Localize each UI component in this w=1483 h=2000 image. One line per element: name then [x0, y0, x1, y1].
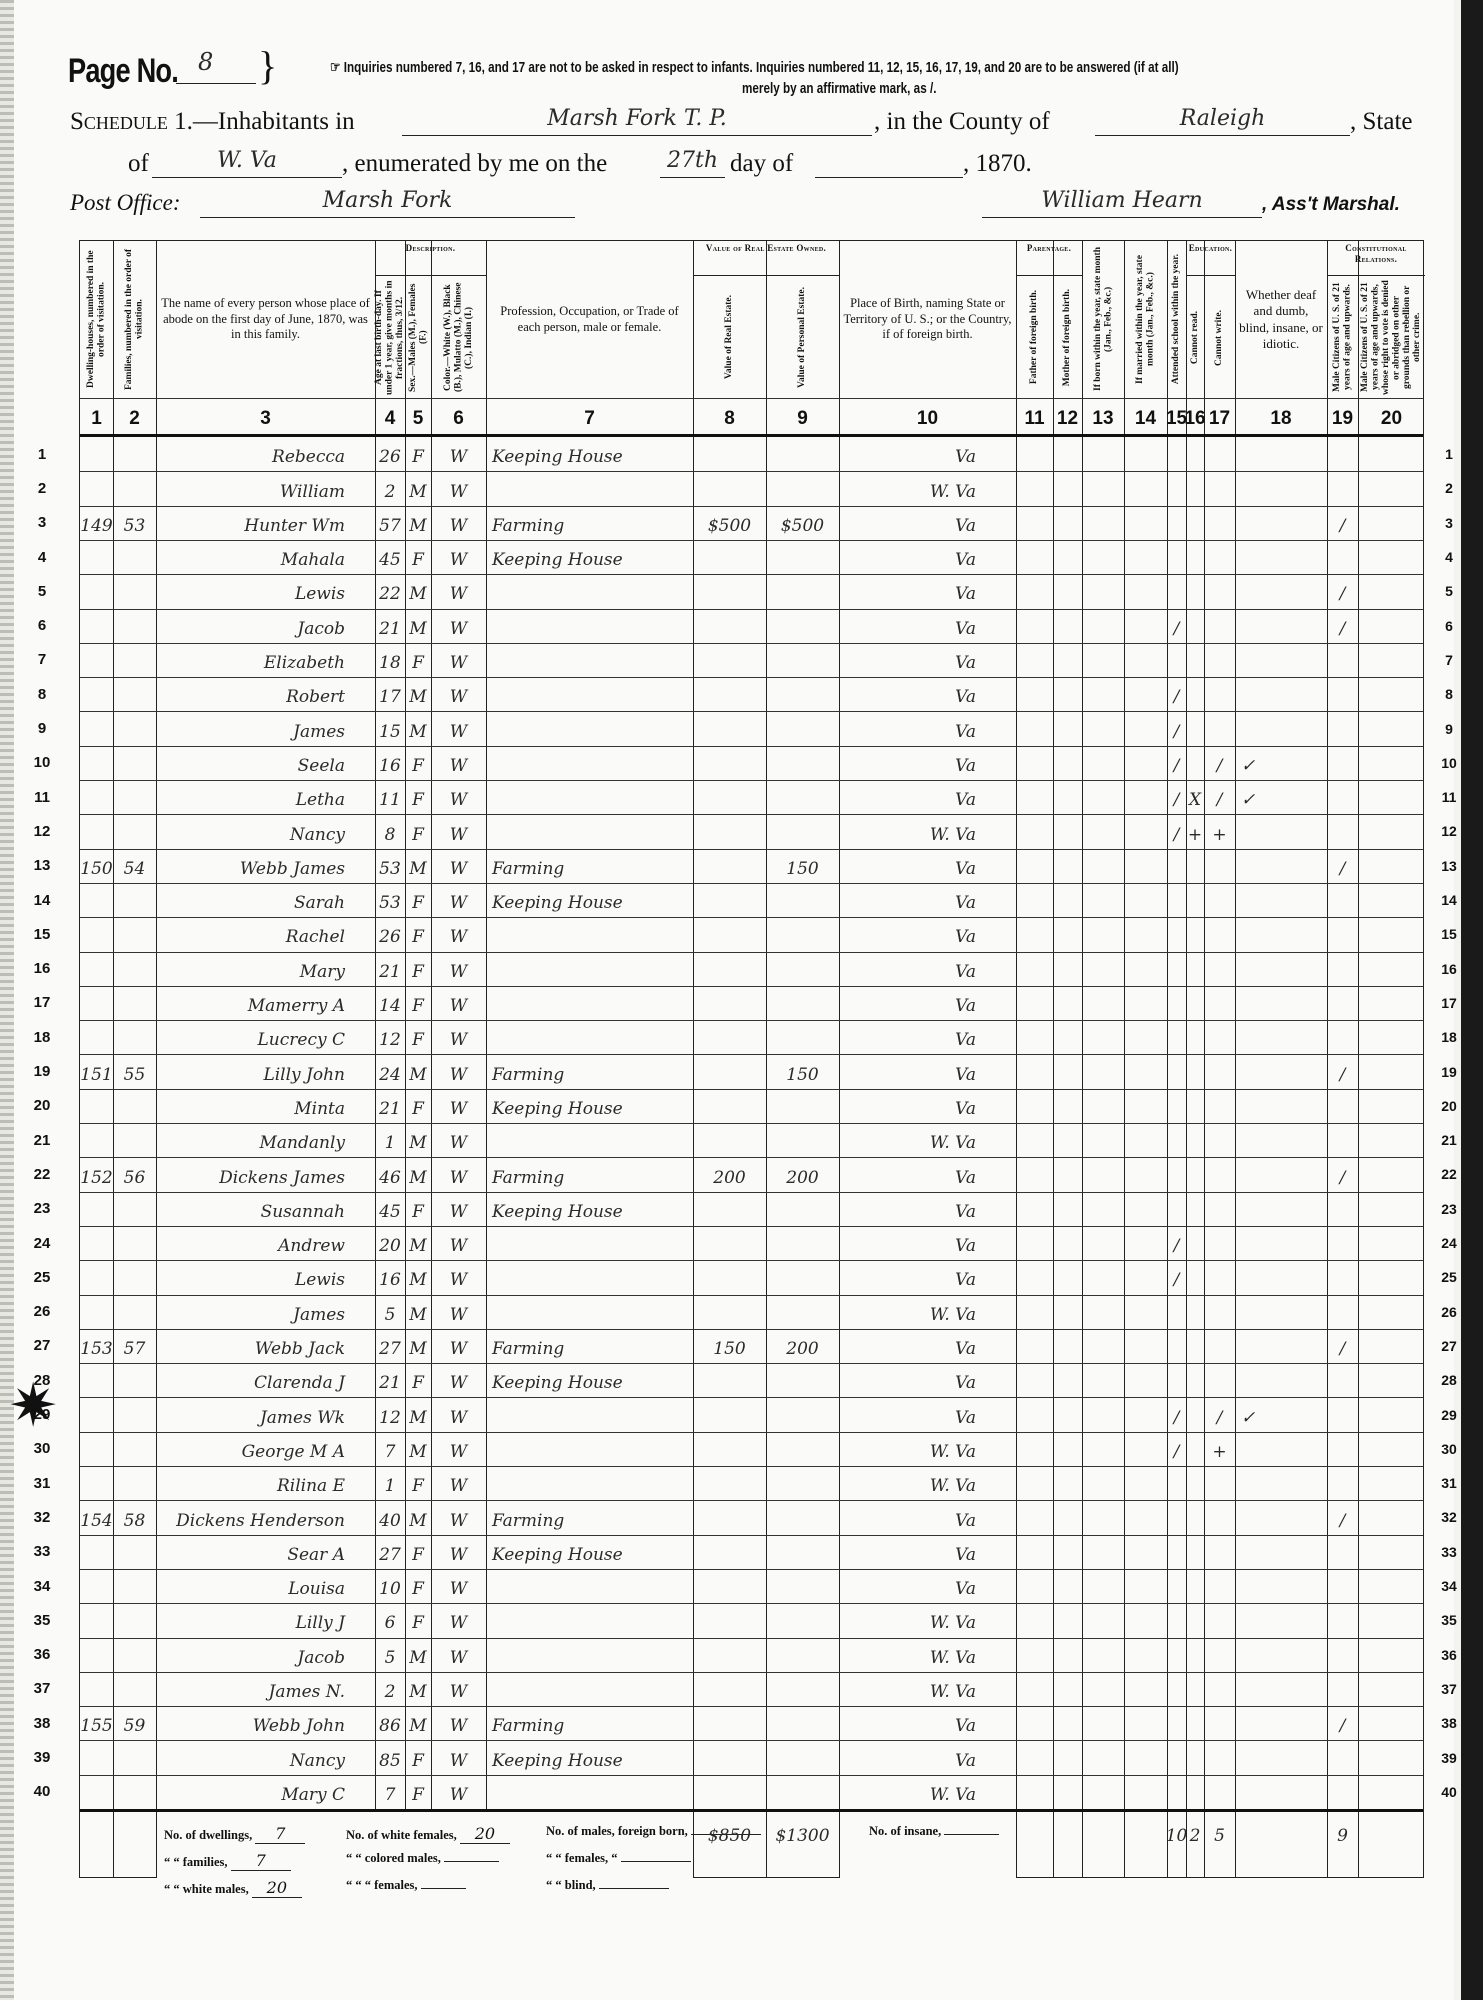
sex: M	[405, 1672, 431, 1706]
personal-estate-value	[766, 1295, 839, 1329]
column-number-10: 10	[839, 401, 1016, 437]
personal-estate-value	[766, 1020, 839, 1054]
dwelling-number	[80, 1775, 113, 1809]
row-number-left: 18	[22, 1020, 62, 1054]
occupation	[486, 1775, 693, 1809]
personal-estate-value	[766, 1089, 839, 1123]
row-number-left: 35	[22, 1603, 62, 1637]
attended-school-mark: /	[1167, 1260, 1186, 1294]
family-number	[113, 437, 156, 471]
row-number-left: 5	[22, 574, 62, 608]
person-name: Seela	[156, 746, 375, 780]
table-row: Mary21FWVa	[80, 952, 1423, 986]
column-header-1: Dwelling-houses, numbered in the order o…	[80, 241, 113, 398]
person-name: Rilina E	[156, 1466, 375, 1500]
color: W	[431, 1397, 486, 1431]
column-header-14: If married within the year, state month …	[1124, 241, 1167, 398]
sex: M	[405, 1295, 431, 1329]
age: 12	[375, 1020, 405, 1054]
personal-estate-value	[766, 1363, 839, 1397]
column-number-13: 13	[1082, 401, 1124, 437]
birthplace: Va	[839, 952, 1016, 986]
cannot-read-mark	[1186, 1157, 1204, 1191]
sex: F	[405, 1466, 431, 1500]
personal-estate-value	[766, 1466, 839, 1500]
column-header-17: Cannot write.	[1204, 277, 1235, 398]
cannot-write-mark: /	[1204, 746, 1235, 780]
attended-school-mark	[1167, 1363, 1186, 1397]
table-row: Rachel26FWVa	[80, 917, 1423, 951]
column-number-17: 17	[1204, 401, 1235, 437]
sex: M	[405, 1706, 431, 1740]
marshal-label: , Ass't Marshal.	[1262, 194, 1400, 216]
attended-school-mark	[1167, 1535, 1186, 1569]
color: W	[431, 1672, 486, 1706]
family-number	[113, 1775, 156, 1809]
column-18-mark	[1235, 1020, 1327, 1054]
row-number-left: 3	[22, 506, 62, 540]
citizen-mark	[1327, 746, 1358, 780]
township-field: Marsh Fork T. P.	[402, 106, 872, 136]
birthplace: Va	[839, 540, 1016, 574]
occupation	[486, 1260, 693, 1294]
totals-families: “ “ families, 7	[164, 1851, 291, 1871]
attended-school-mark: /	[1167, 746, 1186, 780]
column-18-mark	[1235, 711, 1327, 745]
age: 21	[375, 609, 405, 643]
real-estate-value	[693, 711, 766, 745]
cannot-write-mark	[1204, 609, 1235, 643]
real-estate-value	[693, 1363, 766, 1397]
column-number-11: 11	[1016, 401, 1053, 437]
cannot-write-mark	[1204, 883, 1235, 917]
attended-school-mark	[1167, 1500, 1186, 1534]
attended-school-mark	[1167, 643, 1186, 677]
color: W	[431, 1157, 486, 1191]
personal-estate-value	[766, 1123, 839, 1157]
cannot-write-mark: /	[1204, 780, 1235, 814]
column-number-20: 20	[1358, 401, 1425, 437]
group-rule	[693, 275, 839, 276]
sex: F	[405, 437, 431, 471]
column-header-13: If born within the year, state month (Ja…	[1082, 241, 1124, 398]
column-number-4: 4	[375, 401, 405, 437]
table-row: 15054Webb James53MWFarming150Va/	[80, 849, 1423, 883]
personal-estate-value	[766, 1638, 839, 1672]
dwelling-number	[80, 917, 113, 951]
sex: M	[405, 1329, 431, 1363]
cannot-read-mark	[1186, 746, 1204, 780]
age: 17	[375, 677, 405, 711]
column-18-mark	[1235, 814, 1327, 848]
person-name: Louisa	[156, 1569, 375, 1603]
birthplace: Va	[839, 1226, 1016, 1260]
totals-white-females: No. of white females, 20	[346, 1824, 510, 1844]
cannot-read-mark: +	[1186, 814, 1204, 848]
occupation: Keeping House	[486, 1363, 693, 1397]
column-header-18: Whether deaf and dumb, blind, insane, or…	[1235, 241, 1327, 398]
column-18-mark	[1235, 574, 1327, 608]
color: W	[431, 437, 486, 471]
birthplace: Va	[839, 677, 1016, 711]
personal-estate-value	[766, 814, 839, 848]
row-number-right: 15	[1429, 917, 1469, 951]
attended-school-mark	[1167, 1706, 1186, 1740]
citizen-mark: /	[1327, 1500, 1358, 1534]
attended-school-mark	[1167, 437, 1186, 471]
personal-estate-value	[766, 1500, 839, 1534]
color: W	[431, 1123, 486, 1157]
row-number-left: 17	[22, 986, 62, 1020]
real-estate-value	[693, 609, 766, 643]
attended-school-mark	[1167, 540, 1186, 574]
occupation	[486, 471, 693, 505]
attended-school-mark: /	[1167, 1432, 1186, 1466]
row-number-right: 4	[1429, 540, 1469, 574]
color: W	[431, 1706, 486, 1740]
cannot-read-mark	[1186, 677, 1204, 711]
family-number	[113, 1192, 156, 1226]
cannot-write-mark	[1204, 1706, 1235, 1740]
person-name: Lilly John	[156, 1054, 375, 1088]
inquiry-note-line2: merely by an affirmative mark, as /.	[742, 80, 936, 97]
color: W	[431, 1500, 486, 1534]
occupation	[486, 917, 693, 951]
color: W	[431, 609, 486, 643]
sex: F	[405, 1192, 431, 1226]
personal-estate-value	[766, 1535, 839, 1569]
occupation: Farming	[486, 1500, 693, 1534]
table-row: Clarenda J21FWKeeping HouseVa	[80, 1363, 1423, 1397]
sex: M	[405, 1260, 431, 1294]
column-header-15: Attended school within the year.	[1167, 241, 1186, 398]
family-number	[113, 883, 156, 917]
cannot-write-mark	[1204, 1603, 1235, 1637]
attended-school-mark	[1167, 849, 1186, 883]
table-row: Lewis22MWVa/	[80, 574, 1423, 608]
citizen-mark	[1327, 986, 1358, 1020]
personal-estate-value	[766, 677, 839, 711]
header-rule	[80, 398, 1423, 399]
table-row: James N.2MWW. Va	[80, 1672, 1423, 1706]
real-estate-value	[693, 917, 766, 951]
totals-blind: “ “ blind,	[546, 1878, 669, 1893]
real-estate-value	[693, 1638, 766, 1672]
cannot-write-mark	[1204, 1157, 1235, 1191]
row-number-right: 1	[1429, 437, 1469, 471]
sex: M	[405, 711, 431, 745]
sex: F	[405, 1089, 431, 1123]
real-estate-value	[693, 1432, 766, 1466]
color: W	[431, 711, 486, 745]
attended-school-mark	[1167, 471, 1186, 505]
row-number-left: 21	[22, 1123, 62, 1157]
row-number-left: 28	[22, 1363, 62, 1397]
person-name: Webb John	[156, 1706, 375, 1740]
personal-estate-value	[766, 1192, 839, 1226]
family-number	[113, 711, 156, 745]
occupation: Farming	[486, 1706, 693, 1740]
attended-school-mark: /	[1167, 609, 1186, 643]
cannot-write-mark	[1204, 849, 1235, 883]
occupation	[486, 780, 693, 814]
of-label: of	[128, 150, 149, 178]
row-number-right: 6	[1429, 609, 1469, 643]
person-name: Rachel	[156, 917, 375, 951]
person-name: Andrew	[156, 1226, 375, 1260]
birthplace: Va	[839, 1397, 1016, 1431]
row-number-left: 36	[22, 1638, 62, 1672]
row-number-left: 15	[22, 917, 62, 951]
citizen-mark: /	[1327, 506, 1358, 540]
family-number	[113, 609, 156, 643]
column-18-mark	[1235, 1672, 1327, 1706]
person-name: Mandanly	[156, 1123, 375, 1157]
occupation: Farming	[486, 849, 693, 883]
table-row: James15MWVa/	[80, 711, 1423, 745]
color: W	[431, 917, 486, 951]
cannot-read-mark	[1186, 437, 1204, 471]
occupation	[486, 814, 693, 848]
dwelling-number	[80, 780, 113, 814]
column-18-mark	[1235, 1706, 1327, 1740]
birthplace: Va	[839, 1020, 1016, 1054]
marshal-signature: William Hearn	[982, 188, 1262, 218]
attended-school-mark	[1167, 1157, 1186, 1191]
schedule-heading: Schedule 1.—Inhabitants in	[70, 108, 355, 136]
occupation	[486, 677, 693, 711]
family-number	[113, 540, 156, 574]
color: W	[431, 746, 486, 780]
age: 45	[375, 540, 405, 574]
citizen-mark	[1327, 1535, 1358, 1569]
real-estate-value	[693, 540, 766, 574]
sex: F	[405, 883, 431, 917]
pointing-hand-icon: ☞	[330, 59, 344, 76]
sex: F	[405, 1569, 431, 1603]
dwelling-number	[80, 1363, 113, 1397]
sex: M	[405, 1397, 431, 1431]
citizen-mark	[1327, 1397, 1358, 1431]
attended-school-mark	[1167, 986, 1186, 1020]
real-estate-value	[693, 1466, 766, 1500]
occupation: Keeping House	[486, 1089, 693, 1123]
citizen-mark	[1327, 1192, 1358, 1226]
group-rule	[1327, 275, 1425, 276]
age: 26	[375, 917, 405, 951]
sex: M	[405, 849, 431, 883]
dwelling-number	[80, 1535, 113, 1569]
occupation	[486, 643, 693, 677]
age: 27	[375, 1535, 405, 1569]
family-number	[113, 952, 156, 986]
color: W	[431, 1054, 486, 1088]
column-18-mark	[1235, 849, 1327, 883]
row-number-left: 34	[22, 1569, 62, 1603]
day-of-label: day of	[730, 150, 793, 178]
person-name: James Wk	[156, 1397, 375, 1431]
color: W	[431, 643, 486, 677]
color: W	[431, 1466, 486, 1500]
row-number-left: 14	[22, 883, 62, 917]
cannot-read-mark	[1186, 849, 1204, 883]
row-number-right: 21	[1429, 1123, 1469, 1157]
row-number-right: 5	[1429, 574, 1469, 608]
column-18-mark	[1235, 1157, 1327, 1191]
row-number-right: 2	[1429, 471, 1469, 505]
table-row: Nancy8FWW. Va/++	[80, 814, 1423, 848]
occupation: Keeping House	[486, 883, 693, 917]
table-row: James5MWW. Va	[80, 1295, 1423, 1329]
attended-school-mark	[1167, 1192, 1186, 1226]
color: W	[431, 1089, 486, 1123]
person-name: Jacob	[156, 1638, 375, 1672]
birthplace: Va	[839, 1706, 1016, 1740]
personal-estate-value	[766, 711, 839, 745]
real-estate-value	[693, 1569, 766, 1603]
column-18-mark	[1235, 1363, 1327, 1397]
cannot-read-mark	[1186, 1260, 1204, 1294]
occupation: Farming	[486, 1157, 693, 1191]
dwelling-number	[80, 1397, 113, 1431]
sex: M	[405, 1226, 431, 1260]
personal-estate-value	[766, 1397, 839, 1431]
dwelling-number	[80, 711, 113, 745]
occupation	[486, 711, 693, 745]
age: 86	[375, 1706, 405, 1740]
person-name: Mary C	[156, 1775, 375, 1809]
personal-estate-value	[766, 1260, 839, 1294]
family-number	[113, 1363, 156, 1397]
cannot-read-mark	[1186, 1672, 1204, 1706]
color: W	[431, 1226, 486, 1260]
totals-females-foreign: “ “ females, “	[546, 1851, 691, 1866]
family-number	[113, 1603, 156, 1637]
cannot-read-mark	[1186, 1740, 1204, 1774]
dwelling-number	[80, 1569, 113, 1603]
occupation	[486, 986, 693, 1020]
attended-school-mark	[1167, 1569, 1186, 1603]
citizen-mark	[1327, 1775, 1358, 1809]
group-header-constitutional: Constitutional Relations.	[1327, 243, 1425, 273]
citizen-mark	[1327, 883, 1358, 917]
person-name: Elizabeth	[156, 643, 375, 677]
birthplace: W. Va	[839, 1123, 1016, 1157]
age: 12	[375, 1397, 405, 1431]
family-number	[113, 917, 156, 951]
table-row: Lucrecy C12FWVa	[80, 1020, 1423, 1054]
person-name: Letha	[156, 780, 375, 814]
occupation	[486, 1020, 693, 1054]
group-header-parentage: Parentage.	[1016, 243, 1082, 273]
row-number-right: 12	[1429, 814, 1469, 848]
personal-estate-value: 150	[766, 1054, 839, 1088]
age: 46	[375, 1157, 405, 1191]
age: 5	[375, 1295, 405, 1329]
citizen-mark: /	[1327, 1054, 1358, 1088]
age: 20	[375, 1226, 405, 1260]
column-number-2: 2	[113, 401, 156, 437]
real-estate-value	[693, 1397, 766, 1431]
occupation	[486, 746, 693, 780]
column-number-9: 9	[766, 401, 839, 437]
cannot-read-mark	[1186, 540, 1204, 574]
column-18-mark	[1235, 1226, 1327, 1260]
real-estate-value	[693, 1226, 766, 1260]
census-table: Description.Value of Real Estate Owned.P…	[79, 240, 1424, 1878]
occupation: Farming	[486, 506, 693, 540]
column-number-14: 14	[1124, 401, 1167, 437]
color: W	[431, 883, 486, 917]
birthplace: W. Va	[839, 1638, 1016, 1672]
occupation	[486, 1672, 693, 1706]
real-estate-value	[693, 849, 766, 883]
person-name: Nancy	[156, 814, 375, 848]
age: 21	[375, 1363, 405, 1397]
birthplace: Va	[839, 1089, 1016, 1123]
attended-school-mark	[1167, 1466, 1186, 1500]
cannot-read-mark	[1186, 1397, 1204, 1431]
read-total: 2	[1186, 1816, 1204, 1850]
family-number	[113, 1020, 156, 1054]
cannot-write-mark	[1204, 1535, 1235, 1569]
column-number-5: 5	[405, 401, 431, 437]
row-number-left: 39	[22, 1740, 62, 1774]
table-row: Mahala45FWKeeping HouseVa	[80, 540, 1423, 574]
person-name: William	[156, 471, 375, 505]
real-estate-value	[693, 1295, 766, 1329]
column-number-18: 18	[1235, 401, 1327, 437]
family-number	[113, 1535, 156, 1569]
attended-school-mark: /	[1167, 780, 1186, 814]
cannot-write-mark	[1204, 1500, 1235, 1534]
table-row: 15155Lilly John24MWFarming150Va/	[80, 1054, 1423, 1088]
age: 40	[375, 1500, 405, 1534]
citizen-mark	[1327, 917, 1358, 951]
row-number-left: 37	[22, 1672, 62, 1706]
sex: M	[405, 574, 431, 608]
citizen-mark	[1327, 1432, 1358, 1466]
occupation	[486, 1638, 693, 1672]
page-label: Page No.	[68, 52, 178, 91]
occupation: Farming	[486, 1329, 693, 1363]
color: W	[431, 677, 486, 711]
birthplace: Va	[839, 746, 1016, 780]
cannot-write-mark	[1204, 1054, 1235, 1088]
color: W	[431, 780, 486, 814]
cannot-write-mark	[1204, 711, 1235, 745]
family-number	[113, 1466, 156, 1500]
real-estate-value	[693, 1775, 766, 1809]
age: 53	[375, 849, 405, 883]
county-label: , in the County of	[874, 108, 1050, 136]
dwelling-number	[80, 1295, 113, 1329]
cannot-write-mark	[1204, 1089, 1235, 1123]
real-estate-value	[693, 746, 766, 780]
family-number	[113, 1740, 156, 1774]
table-row: 15357Webb Jack27MWFarming150200Va/	[80, 1329, 1423, 1363]
sex: F	[405, 814, 431, 848]
table-row: Jacob21MWVa//	[80, 609, 1423, 643]
personal-estate-value	[766, 1603, 839, 1637]
birthplace: Va	[839, 917, 1016, 951]
birthplace: W. Va	[839, 1466, 1016, 1500]
column-18-mark	[1235, 1500, 1327, 1534]
column-18-mark	[1235, 1123, 1327, 1157]
age: 22	[375, 574, 405, 608]
birthplace: Va	[839, 1054, 1016, 1088]
dwelling-number	[80, 986, 113, 1020]
